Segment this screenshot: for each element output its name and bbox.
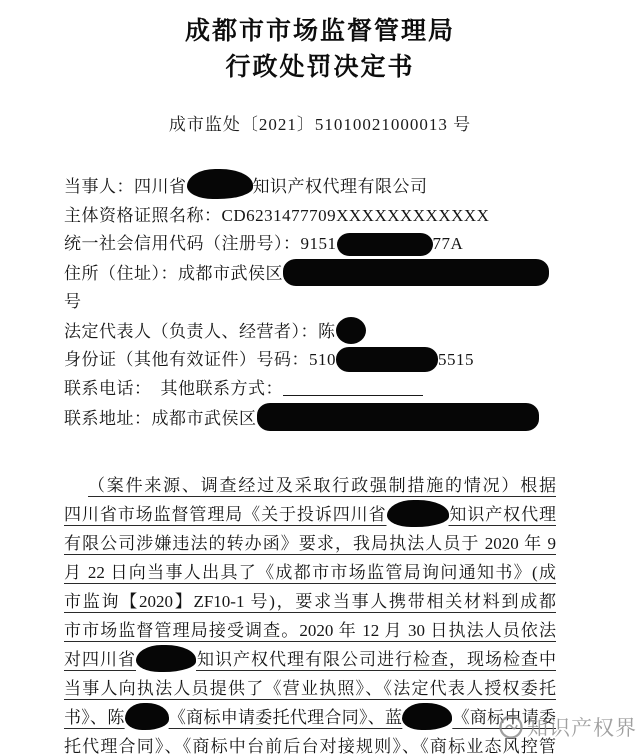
text-segment: 住所（住址）：成都市武侯区: [64, 264, 283, 283]
document-title-line2: 行政处罚决定书: [0, 50, 640, 86]
text-segment: 托代理合同》、《商标中台前后台对接规则》、《商标业态风控管: [64, 737, 556, 754]
party-info-line: 法定代表人（负责人、经营者）：陈: [64, 317, 576, 347]
text-segment: 知识产权代理: [449, 505, 557, 524]
body-line: 当事人向执法人员提供了《营业执照》、《法定代表人授权委托: [64, 674, 556, 703]
text-segment: 市监询【2020】ZF10-1 号)，要求当事人携带相关材料到成都: [64, 592, 556, 611]
text-segment: 联系电话： 其他联系方式：: [64, 379, 283, 398]
redaction-mark: [187, 169, 253, 199]
text-segment: 身份证（其他有效证件）号码：510: [64, 350, 336, 369]
text-segment: 5515: [438, 350, 474, 369]
body-line: 市市场监督管理局接受调查。2020 年 12 月 30 日执法人员依法: [64, 616, 556, 645]
watermark: 知识产权界: [498, 712, 637, 742]
text-segment: （案件来源、调查经过及采取行政强制措施的情况）根据: [88, 476, 556, 495]
watermark-text: 知识产权界: [527, 712, 637, 742]
document-header: 成都市市场监督管理局 行政处罚决定书: [0, 0, 640, 86]
body-line: （案件来源、调查经过及采取行政强制措施的情况）根据: [64, 471, 556, 500]
text-segment: 知识产权代理有限公司: [253, 177, 428, 196]
text-segment: 号: [64, 292, 82, 311]
redaction-mark: [387, 500, 449, 527]
text-segment: 77A: [433, 234, 464, 253]
body-line: 四川省市场监督管理局《关于投诉四川省知识产权代理: [64, 500, 556, 529]
text-segment: 月 22 日向当事人出具了《成都市市场监管局询问通知书》(成: [64, 563, 556, 582]
redaction-mark: [125, 703, 169, 730]
document-title-line1: 成都市市场监督管理局: [0, 14, 640, 50]
document-number: 成市监处〔2021〕51010021000013 号: [0, 110, 640, 135]
text-segment: 四川省市场监督管理局《关于投诉四川省: [64, 505, 387, 524]
redaction-mark: [336, 347, 438, 372]
body-line: 托代理合同》、《商标中台前后台对接规则》、《商标业态风控管: [64, 732, 556, 754]
text-segment: 市市场监督管理局接受调查。2020 年 12 月 30 日执法人员依法: [64, 621, 556, 640]
body-line: 书》、陈《商标申请委托代理合同》、蓝《商标申请委: [64, 703, 556, 732]
redaction-mark: [402, 703, 452, 730]
text-segment: 当事人：四川省: [64, 177, 187, 196]
text-segment: 知识产权代理有限公司进行检查，现场检查中: [196, 650, 556, 669]
text-segment: 法定代表人（负责人、经营者）：陈: [64, 322, 336, 341]
watermark-seal-logo-icon: [498, 714, 524, 740]
text-segment: 对四川省: [64, 650, 136, 669]
text-segment: 联系地址：成都市武侯区: [64, 409, 257, 428]
redaction-mark: [257, 403, 539, 431]
party-info-line: 当事人：四川省知识产权代理有限公司: [64, 169, 576, 202]
body-line: 对四川省知识产权代理有限公司进行检查，现场检查中: [64, 645, 556, 674]
redaction-mark: [336, 317, 366, 344]
party-info: 当事人：四川省知识产权代理有限公司主体资格证照名称：CD6231477709XX…: [64, 169, 576, 434]
redaction-mark: [283, 259, 549, 286]
body-line: 有限公司涉嫌违法的转办函》要求，我局执法人员于 2020 年 9: [64, 529, 556, 558]
party-info-line: 身份证（其他有效证件）号码：5105515: [64, 346, 576, 375]
text-segment: 统一社会信用代码（注册号）：9151: [64, 234, 337, 253]
text-segment: 书》、陈: [64, 708, 125, 727]
party-info-line: 统一社会信用代码（注册号）：915177A: [64, 230, 576, 259]
party-info-line: 号: [64, 288, 576, 317]
body-paragraph: （案件来源、调查经过及采取行政强制措施的情况）根据四川省市场监督管理局《关于投诉…: [64, 471, 556, 754]
redaction-mark: [136, 645, 196, 672]
party-info-line: 主体资格证照名称：CD6231477709XXXXXXXXXXXX: [64, 202, 576, 231]
text-segment: 有限公司涉嫌违法的转办函》要求，我局执法人员于 2020 年 9: [64, 534, 556, 553]
text-segment: 当事人向执法人员提供了《营业执照》、《法定代表人授权委托: [64, 679, 556, 698]
document-page: 成都市市场监督管理局 行政处罚决定书 成市监处〔2021〕51010021000…: [0, 0, 640, 754]
body-line: 月 22 日向当事人出具了《成都市市场监管局询问通知书》(成: [64, 558, 556, 587]
redaction-mark: [337, 233, 433, 256]
party-info-line: 联系地址：成都市武侯区: [64, 403, 576, 434]
party-info-line: 住所（住址）：成都市武侯区: [64, 259, 576, 289]
blank-underline: [283, 379, 423, 396]
party-info-line: 联系电话： 其他联系方式：: [64, 375, 576, 404]
text-segment: 主体资格证照名称：CD6231477709XXXXXXXXXXXX: [64, 206, 489, 225]
text-segment: 《商标申请委托代理合同》、蓝: [169, 708, 403, 727]
body-line: 市监询【2020】ZF10-1 号)，要求当事人携带相关材料到成都: [64, 587, 556, 616]
